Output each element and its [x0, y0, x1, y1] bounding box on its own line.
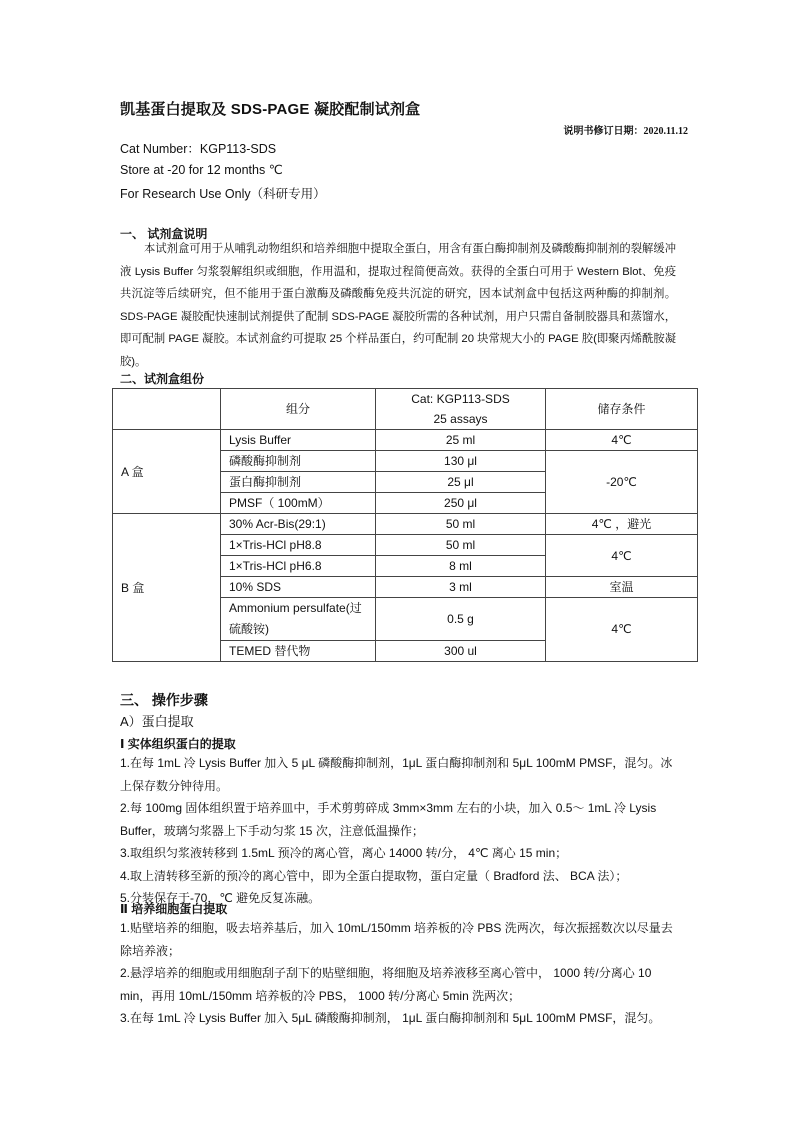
storage-cell: -20℃ — [546, 451, 698, 514]
step-item: 3.在每 1mL 冷 Lysis Buffer 加入 5μL 磷酸酶抑制剂， 1… — [120, 1007, 680, 1030]
component-cell: PMSF（ 100mM） — [221, 493, 376, 514]
document-title: 凯基蛋白提取及 SDS-PAGE 凝胶配制试剂盒 — [120, 98, 420, 119]
part1-steps: 1.在每 1mL 冷 Lysis Buffer 加入 5 μL 磷酸酶抑制剂，1… — [120, 752, 680, 910]
component-cell: 磷酸酶抑制剂 — [221, 451, 376, 472]
step-item: 3.取组织匀浆液转移到 1.5mL 预冷的离心管，离心 14000 转/分， 4… — [120, 842, 680, 865]
section-heading-procedure: 三、 操作步骤 — [120, 690, 208, 710]
amount-cell: 3 ml — [376, 577, 546, 598]
step-item: 4.取上清转移至新的预冷的离心管中，即为全蛋白提取物，蛋白定量（ Bradfor… — [120, 865, 680, 888]
box-b-label: B 盒 — [113, 514, 221, 662]
part1-heading: Ⅰ 实体组织蛋白的提取 — [120, 735, 236, 752]
step-item: 2.悬浮培养的细胞或用细胞刮子刮下的贴壁细胞，将细胞及培养液移至离心管中， 10… — [120, 962, 680, 1007]
component-cell: 1×Tris-HCl pH8.8 — [221, 535, 376, 556]
header-component: 组分 — [221, 389, 376, 430]
component-cell: Ammonium persulfate(过硫酸铵) — [221, 598, 376, 641]
part2-steps: 1.贴壁培养的细胞，吸去培养基后，加入 10mL/150mm 培养板的冷 PBS… — [120, 917, 680, 1030]
amount-cell: 0.5 g — [376, 598, 546, 641]
amount-cell: 50 ml — [376, 535, 546, 556]
table-row: A 盒 Lysis Buffer 25 ml 4℃ — [113, 430, 698, 451]
step-item: 2.每 100mg 固体组织置于培养皿中，手术剪剪碎成 3mm×3mm 左右的小… — [120, 797, 680, 842]
header-blank — [113, 389, 221, 430]
amount-cell: 130 μl — [376, 451, 546, 472]
component-cell: 10% SDS — [221, 577, 376, 598]
amount-cell: 25 μl — [376, 472, 546, 493]
component-cell: Lysis Buffer — [221, 430, 376, 451]
storage-cell: 4℃ ，避光 — [546, 514, 698, 535]
component-cell: TEMED 替代物 — [221, 641, 376, 662]
step-item: 1.贴壁培养的细胞，吸去培养基后，加入 10mL/150mm 培养板的冷 PBS… — [120, 917, 680, 962]
part2-heading: Ⅱ 培养细胞蛋白提取 — [120, 900, 227, 917]
storage-cell: 4℃ — [546, 430, 698, 451]
table-header-row: 组分 Cat: KGP113-SDS25 assays 储存条件 — [113, 389, 698, 430]
research-use-note: For Research Use Only（科研专用） — [120, 184, 326, 202]
storage-note: Store at -20 for 12 months ℃ — [120, 162, 283, 177]
components-table: 组分 Cat: KGP113-SDS25 assays 储存条件 A 盒 Lys… — [112, 388, 698, 662]
amount-cell: 300 ul — [376, 641, 546, 662]
component-cell: 1×Tris-HCl pH6.8 — [221, 556, 376, 577]
kit-description-paragraph: 本试剂盒可用于从哺乳动物组织和培养细胞中提取全蛋白，用含有蛋白酶抑制剂及磷酸酶抑… — [120, 238, 676, 374]
amount-cell: 250 μl — [376, 493, 546, 514]
revision-date: 说明书修订日期：2020.11.12 — [564, 122, 688, 137]
component-cell: 蛋白酶抑制剂 — [221, 472, 376, 493]
box-a-label: A 盒 — [113, 430, 221, 514]
component-cell: 30% Acr-Bis(29:1) — [221, 514, 376, 535]
amount-cell: 8 ml — [376, 556, 546, 577]
step-item: 1.在每 1mL 冷 Lysis Buffer 加入 5 μL 磷酸酶抑制剂，1… — [120, 752, 680, 797]
kit-description-text: 本试剂盒可用于从哺乳动物组织和培养细胞中提取全蛋白，用含有蛋白酶抑制剂及磷酸酶抑… — [120, 243, 676, 368]
subsection-protein-extraction: A）蛋白提取 — [120, 711, 194, 730]
storage-cell: 4℃ — [546, 535, 698, 577]
storage-cell: 室温 — [546, 577, 698, 598]
header-storage: 储存条件 — [546, 389, 698, 430]
header-cat: Cat: KGP113-SDS25 assays — [376, 389, 546, 430]
storage-cell: 4℃ — [546, 598, 698, 662]
amount-cell: 50 ml — [376, 514, 546, 535]
table-row: B 盒 30% Acr-Bis(29:1) 50 ml 4℃ ，避光 — [113, 514, 698, 535]
cat-number: Cat Number：KGP113-SDS — [120, 139, 276, 157]
amount-cell: 25 ml — [376, 430, 546, 451]
section-heading-kit-components: 二、试剂盒组份 — [120, 370, 204, 387]
